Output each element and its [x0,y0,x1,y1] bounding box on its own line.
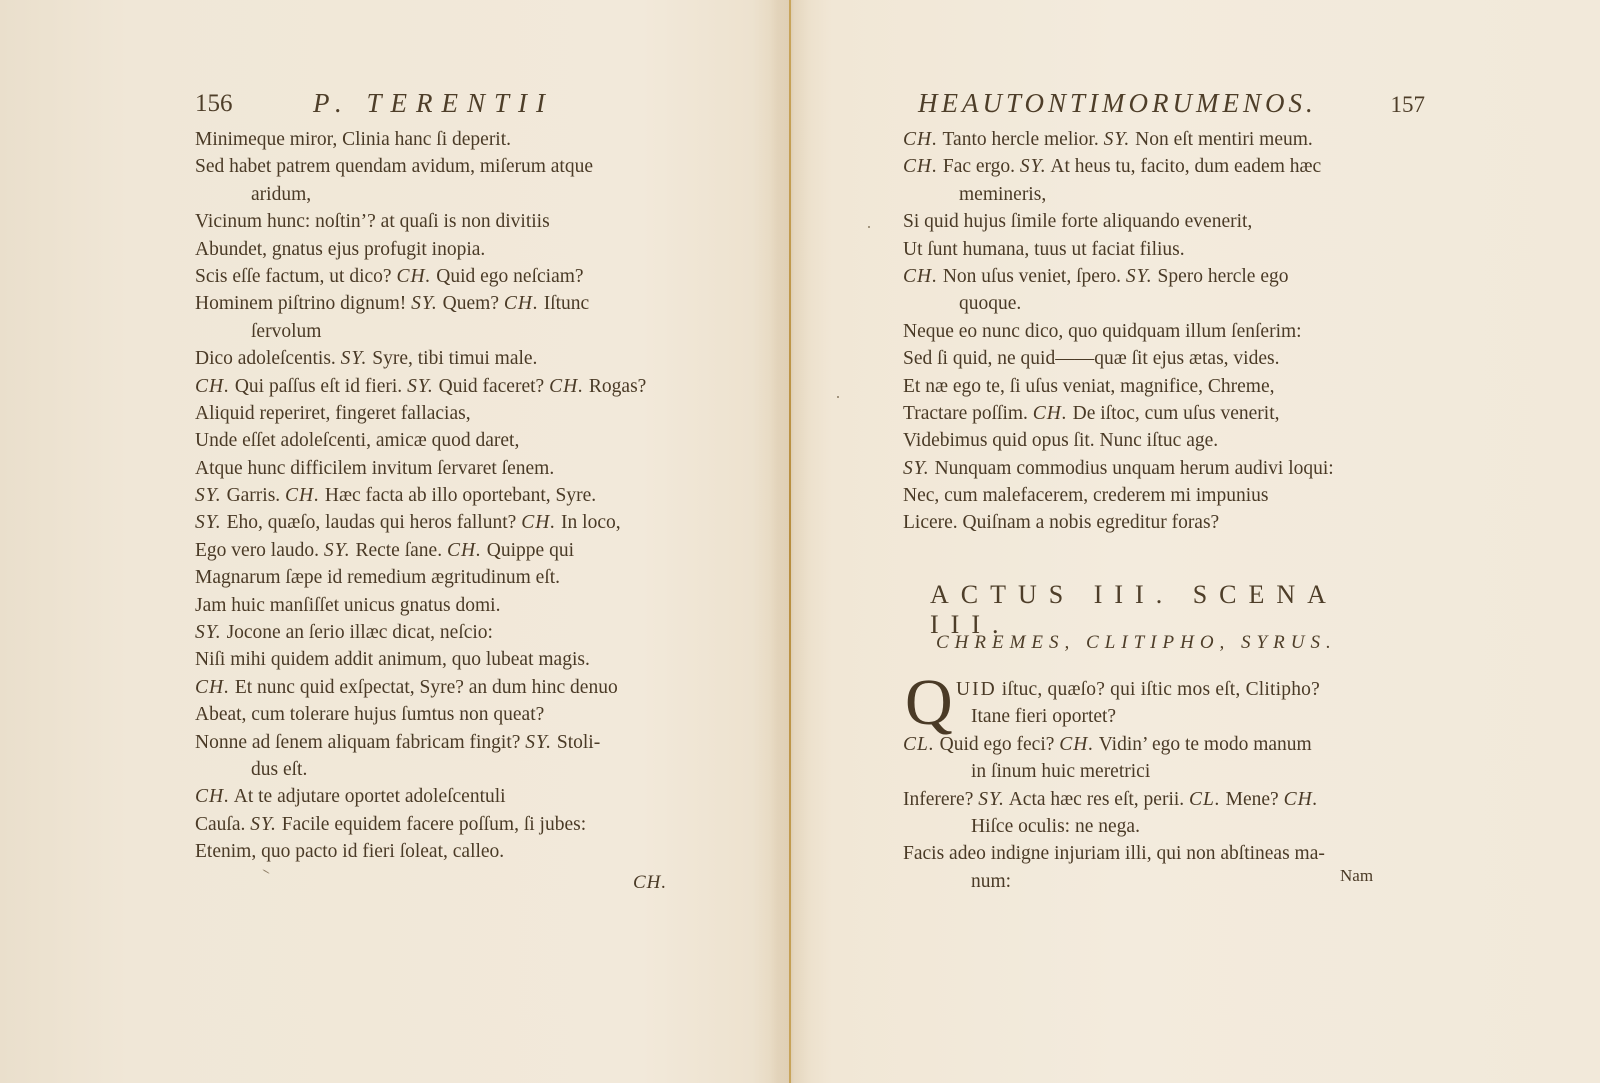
speaker-label: CH. [447,540,482,561]
verse-line: Ut ſunt humana, tuus ut faciat filius. [903,236,1393,263]
verse-text: num: [971,871,1011,892]
verse-line: Magnarum ſæpe id remedium ægritudinum eſ… [195,564,685,591]
verse-text: Etenim, quo pacto id fieri ſoleat, calle… [195,841,504,862]
verse-line: Sed habet patrem quendam avidum, miſerum… [195,153,685,180]
verse-text: Tractare poſſim. [903,403,1033,424]
verse-text: Mene? [1221,789,1284,810]
verse-text: memineris, [959,184,1046,205]
verse-text: Et næ ego te, ſi uſus veniat, magnifice,… [903,376,1275,397]
verse-text: in ſinum huic meretrici [971,761,1150,782]
verse-text: Quippe qui [482,540,574,561]
verse-text: Dico adoleſcentis. [195,348,341,369]
speaker-label: CH. [285,485,320,506]
speaker-label: CH. [195,786,230,807]
verse-line: Si quid hujus ſimile forte aliquando eve… [903,208,1393,235]
verse-line: Niſi mihi quidem addit animum, quo lubea… [195,646,685,673]
paper-mark [837,396,839,398]
verse-text: Et nunc quid exſpectat, Syre? an dum hin… [230,677,618,698]
verse-line: SY. Jocone an ſerio illæc dicat, neſcio: [195,619,685,646]
running-head-left: 156 P. TERENTII [195,88,680,118]
verse-text: Spero hercle ego [1153,266,1289,287]
verse-line: Atque hunc difficilem invitum ſervaret ſ… [195,455,685,482]
running-head-right: HEAUTONTIMORUMENOS. 157 [920,88,1405,118]
verse-line: Facis adeo indigne injuriam illi, qui no… [903,840,1393,867]
speaker-label: SY. [324,540,351,561]
verse-text: Jocone an ſerio illæc dicat, neſcio: [222,622,493,643]
verse-line: aridum, [195,181,685,208]
verse-line: ſervolum [195,318,685,345]
verse-line: Videbimus quid opus ſit. Nunc iſtuc age. [903,427,1393,454]
verse-text: Quid ego feci? [935,734,1060,755]
verse-text: Non uſus veniet, ſpero. [938,266,1126,287]
verse-body: Minimeque miror, Clinia hanc ſi deperit.… [195,126,685,866]
verse-text: Vidin’ ego te modo manum [1094,734,1311,755]
verse-line: Abeat, cum tolerare hujus ſumtus non que… [195,701,685,728]
verse-text: Ut ſunt humana, tuus ut faciat filius. [903,239,1185,260]
verse-line: Vicinum hunc: noſtin’? at quaſi is non d… [195,208,685,235]
verse-line: CH. Qui paſſus eſt id fieri. SY. Quid fa… [195,373,685,400]
verse-text: Garris. [222,485,285,506]
verse-text: Quem? [438,293,504,314]
verse-text: Jam huic manſiſſet unicus gnatus domi. [195,595,500,616]
verse-text: Iſtunc [539,293,589,314]
verse-text: Acta hæc res eſt, perii. [1005,789,1189,810]
page-number: 157 [1391,92,1426,118]
verse-line: Dico adoleſcentis. SY. Syre, tibi timui … [195,345,685,372]
verse-line: Scis eſſe factum, ut dico? CH. Quid ego … [195,263,685,290]
speaker-label: CH. [504,293,539,314]
speaker-label: CH. [1059,734,1094,755]
verse-line: Hominem piſtrino dignum! SY. Quem? CH. I… [195,290,685,317]
verse-line: Nec, cum malefacerem, crederem mi impuni… [903,482,1393,509]
verse-text: Rogas? [584,376,646,397]
speaker-label: CH. [1033,403,1068,424]
verse-line: CH. Fac ergo. SY. At heus tu, facito, du… [903,153,1393,180]
verse-text: Abeat, cum tolerare hujus ſumtus non que… [195,704,544,725]
verse-line: Cauſa. SY. Facile equidem facere poſſum,… [195,811,685,838]
verse-line: num: [903,868,1393,895]
verse-text: Licere. Quiſnam a nobis egreditur foras? [903,512,1219,533]
verse-text: At heus tu, facito, dum eadem hæc [1047,156,1322,177]
verse-text: Hominem piſtrino dignum! [195,293,411,314]
binding-thread [789,0,791,1083]
speaker-label: CH. [903,156,938,177]
verse-line: Abundet, gnatus ejus profugit inopia. [195,236,685,263]
verse-line: Tractare poſſim. CH. De iſtoc, cum uſus … [903,400,1393,427]
verse-line: SY. Eho, quæſo, laudas qui heros fallunt… [195,509,685,536]
verse-text: Vicinum hunc: noſtin’? at quaſi is non d… [195,211,550,232]
running-title: HEAUTONTIMORUMENOS. [918,88,1317,119]
catchword: CH. [633,872,667,894]
verse-line: Et næ ego te, ſi uſus veniat, magnifice,… [903,373,1393,400]
verse-line: Minimeque miror, Clinia hanc ſi deperit. [195,126,685,153]
verse-text: Quid ego neſciam? [431,266,583,287]
running-title: P. TERENTII [313,88,554,119]
verse-text: Quid faceret? [434,376,549,397]
speaker-label: CH. [396,266,431,287]
verse-text: Neque eo nunc dico, quo quidquam illum ſ… [903,321,1302,342]
verse-text: Fac ergo. [938,156,1020,177]
verse-line: CH. Et nunc quid exſpectat, Syre? an dum… [195,674,685,701]
verse-line: SY. Nunquam commodius unquam herum audiv… [903,455,1393,482]
verse-line: Hiſce oculis: ne nega. [903,813,1393,840]
verse-line: Aliquid reperiret, fingeret fallacias, [195,400,685,427]
paper-mark [262,869,269,874]
speaker-label: SY. [195,512,222,533]
verse-line: UID iſtuc, quæſo? qui iſtic mos eſt, Cli… [903,676,1393,703]
verse-text: Cauſa. [195,814,250,835]
verse-text: ſervolum [251,321,321,342]
speaker-label: SY. [250,814,277,835]
verse-text: Eho, quæſo, laudas qui heros fallunt? [222,512,522,533]
verse-line: memineris, [903,181,1393,208]
act-scene-heading: ACTUS III. SCENA III. [930,580,1405,640]
verse-text: Atque hunc difficilem invitum ſervaret ſ… [195,458,554,479]
verse-text: Videbimus quid opus ſit. Nunc iſtuc age. [903,430,1218,451]
verse-text: Hiſce oculis: ne nega. [971,816,1140,837]
verse-line: CH. At te adjutare oportet adoleſcentuli [195,783,685,810]
speaker-label: CL. [903,734,935,755]
verse-line: quoque. [903,290,1393,317]
speaker-label: SY. [1126,266,1153,287]
verse-line: CH. Non uſus veniet, ſpero. SY. Spero he… [903,263,1393,290]
verse-line: Nonne ad ſenem aliquam fabricam fingit? … [195,729,685,756]
verse-text: dus eſt. [251,759,307,780]
verse-text: In loco, [556,512,620,533]
verse-text: Tanto hercle melior. [938,129,1104,150]
verse-text: Nec, cum malefacerem, crederem mi impuni… [903,485,1268,506]
speaker-label: SY. [903,458,930,479]
speaker-label: SY. [525,732,552,753]
speaker-label: CH. [1284,789,1319,810]
verse-line: Unde eſſet adoleſcenti, amicæ quod daret… [195,427,685,454]
speaker-label: CH. [549,376,584,397]
speaker-label: CH. [903,266,938,287]
verse-text: De iſtoc, cum uſus venerit, [1068,403,1280,424]
verse-line: Inferere? SY. Acta hæc res eſt, perii. C… [903,786,1393,813]
verse-line: dus eſt. [195,756,685,783]
verse-text: Nonne ad ſenem aliquam fabricam fingit? [195,732,525,753]
speaker-label: SY. [1104,129,1131,150]
speaker-label: CH. [521,512,556,533]
verse-line: in ſinum huic meretrici [903,758,1393,785]
speaker-label: SY. [407,376,434,397]
verse-text: aridum, [251,184,311,205]
verse-text: Minimeque miror, Clinia hanc ſi deperit. [195,129,511,150]
verse-line: Jam huic manſiſſet unicus gnatus domi. [195,592,685,619]
verse-text: At te adjutare oportet adoleſcentuli [230,786,506,807]
speaker-label: SY. [978,789,1005,810]
verse-text: Inferere? [903,789,978,810]
verse-text: quoque. [959,293,1021,314]
verse-text: Facis adeo indigne injuriam illi, qui no… [903,843,1325,864]
verse-body: CH. Tanto hercle melior. SY. Non eſt men… [903,126,1393,537]
verse-text: Magnarum ſæpe id remedium ægritudinum eſ… [195,567,560,588]
speaker-label: CH. [195,677,230,698]
verse-line: SY. Garris. CH. Hæc facta ab illo oporte… [195,482,685,509]
page-number: 156 [195,90,233,118]
scene-verse-body: UID iſtuc, quæſo? qui iſtic mos eſt, Cli… [903,676,1393,895]
speaker-label: CH. [195,376,230,397]
speaker-label: CH. [903,129,938,150]
verse-text: Abundet, gnatus ejus profugit inopia. [195,239,485,260]
verse-text: Niſi mihi quidem addit animum, quo lubea… [195,649,590,670]
verse-text: Itane fieri oportet? [971,706,1116,727]
verse-line: CH. Tanto hercle melior. SY. Non eſt men… [903,126,1393,153]
verse-text: Si quid hujus ſimile forte aliquando eve… [903,211,1252,232]
book-spread: 156 P. TERENTII Minimeque miror, Clinia … [0,0,1600,1083]
verse-line: Sed ſi quid, ne quid——quæ ſit ejus ætas,… [903,345,1393,372]
verse-text: Recte ſane. [351,540,447,561]
verse-text: Syre, tibi timui male. [367,348,537,369]
verse-text: Sed ſi quid, ne quid——quæ ſit ejus ætas,… [903,348,1279,369]
verse-text: Aliquid reperiret, fingeret fallacias, [195,403,471,424]
catchword: Nam [1340,866,1373,886]
speaker-label: SY. [341,348,368,369]
verse-line: CL. Quid ego feci? CH. Vidin’ ego te mod… [903,731,1393,758]
small-caps-opening: UID [956,679,997,700]
speaker-label: SY. [195,622,222,643]
verse-line: Itane fieri oportet? [903,703,1393,730]
verse-text: Nunquam commodius unquam herum audivi lo… [930,458,1334,479]
verse-text: Hæc facta ab illo oportebant, Syre. [320,485,596,506]
verse-text: iſtuc, quæſo? qui iſtic mos eſt, Clitiph… [997,679,1320,700]
verse-line: Ego vero laudo. SY. Recte ſane. CH. Quip… [195,537,685,564]
verse-text: Non eſt mentiri meum. [1130,129,1313,150]
verse-line: Licere. Quiſnam a nobis egreditur foras? [903,509,1393,536]
verse-text: Scis eſſe factum, ut dico? [195,266,396,287]
paper-mark [868,226,870,228]
verse-text: Stoli- [552,732,600,753]
verse-text: Sed habet patrem quendam avidum, miſerum… [195,156,593,177]
verse-text: Unde eſſet adoleſcenti, amicæ quod daret… [195,430,519,451]
verse-line: Neque eo nunc dico, quo quidquam illum ſ… [903,318,1393,345]
speaker-label: SY. [411,293,438,314]
speaker-label: SY. [1020,156,1047,177]
speaker-label: SY. [195,485,222,506]
verse-line: Etenim, quo pacto id fieri ſoleat, calle… [195,838,685,865]
verse-text: Facile equidem facere poſſum, ſi jubes: [277,814,586,835]
speaker-label: CL. [1189,789,1221,810]
dramatis-personae: CHREMES, CLITIPHO, SYRUS. [936,632,1337,654]
verse-text: Ego vero laudo. [195,540,324,561]
verse-text: Qui paſſus eſt id fieri. [230,376,407,397]
